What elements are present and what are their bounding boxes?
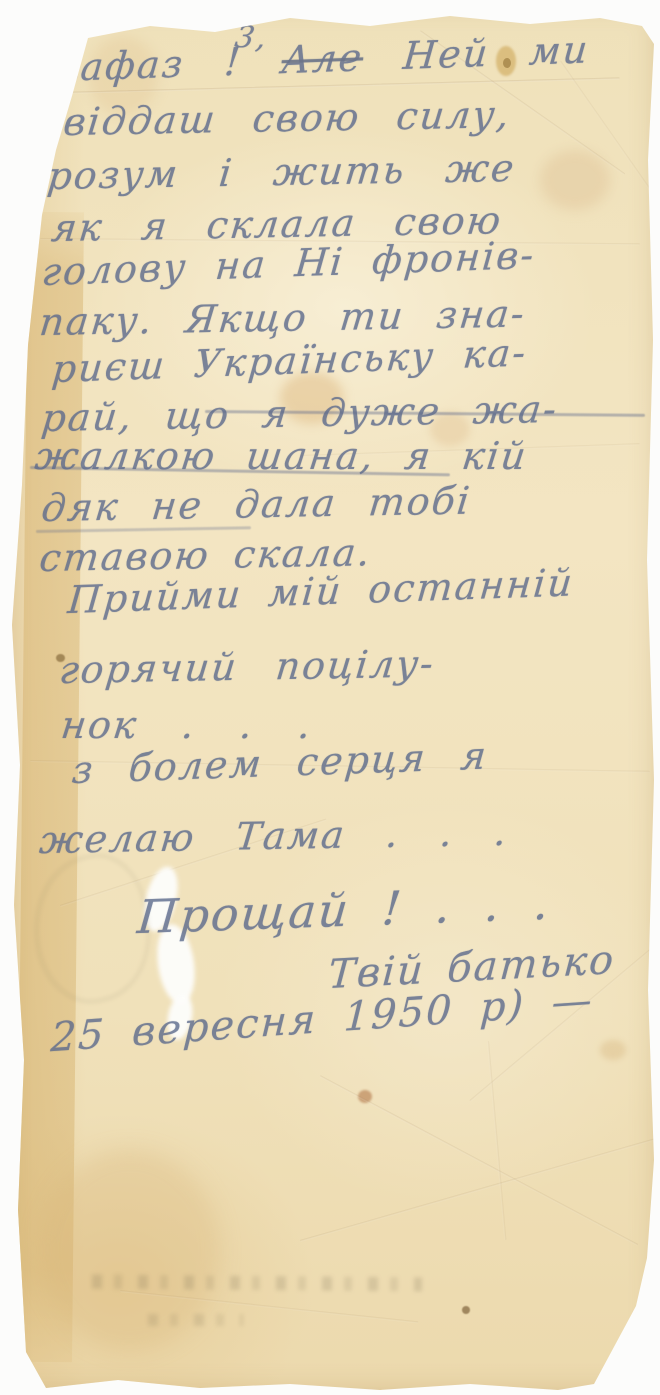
handwriting-segment: дяк не дала тобі: [39, 479, 473, 531]
handwriting-segment: горячий поцілу-: [57, 641, 437, 692]
line-13: горячий поцілу-: [57, 641, 437, 692]
line-02: віддаш свою силу,: [61, 92, 513, 144]
line-01: кафаз ! Але Ней ми: [54, 27, 591, 90]
line-16: желаю Тама . . .: [37, 810, 510, 862]
handwriting-layer: 3,кафаз ! Але Ней мивіддаш свою силу,роз…: [0, 0, 660, 1395]
handwriting-segment: жалкою шана, я кій: [33, 434, 531, 478]
line-09: жалкою шана, я кій: [33, 434, 531, 478]
handwriting-segment: розум і жить же: [45, 146, 518, 198]
line-08: рай, що я дуже жа-: [39, 387, 560, 440]
line-17: Прощай ! . . .: [135, 876, 553, 945]
handwriting-segment: 25 вересня 1950 р) —: [50, 977, 595, 1061]
line-03: розум і жить же: [45, 146, 518, 198]
handwriting-segment: віддаш свою силу,: [61, 92, 513, 144]
handwriting-segment: Прощай ! . . .: [135, 876, 553, 945]
handwriting-segment: рай, що я дуже жа-: [39, 387, 560, 440]
scanned-letter-page: 3,кафаз ! Але Ней мивіддаш свою силу,роз…: [0, 0, 660, 1395]
handwriting-segment: Ней ми: [361, 27, 591, 79]
date-line: 25 вересня 1950 р) —: [50, 977, 595, 1061]
line-10: дяк не дала тобі: [39, 479, 473, 531]
handwriting-segment: кафаз !: [54, 38, 284, 90]
struck-word: Але: [280, 35, 365, 82]
handwriting-segment: желаю Тама . . .: [37, 810, 510, 862]
letter-paper: 3,кафаз ! Але Ней мивіддаш свою силу,роз…: [0, 0, 660, 1395]
